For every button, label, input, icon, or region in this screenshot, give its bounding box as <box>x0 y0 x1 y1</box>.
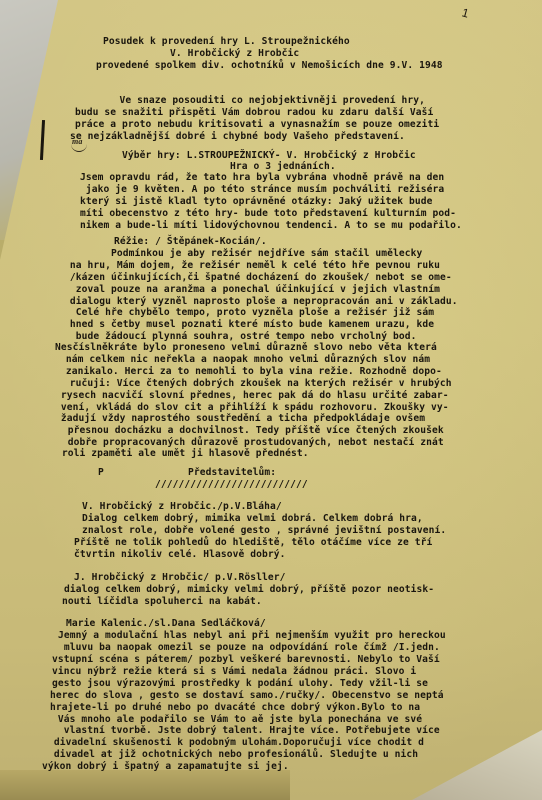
actor-review-line: Jemný a modulační hlas nebyl ani při nej… <box>58 630 446 642</box>
actor-review-line: gesto jsou výrazovými prostředky k podán… <box>52 678 428 690</box>
intro-line: Ve snaze posouditi co nejobjektivněji pr… <box>96 95 425 107</box>
actor-review-line: vincu nýbrž režie která si s Vámi nedala… <box>52 666 416 678</box>
play-choice-heading: Výběr hry: L.STROUPEŽNICKÝ- V. Hrobčický… <box>122 150 416 162</box>
direction-line: /kázen účinkujících,či špatné docházení … <box>64 272 452 284</box>
direction-line: ručuji: Více čtených dobrých zkoušek na … <box>58 378 452 390</box>
actor-review-line: dialog celkem dobrý, mimicky velmi dobrý… <box>64 584 434 596</box>
intro-line: se nejzákladnější dobré i chybné body Va… <box>70 131 405 143</box>
direction-line: Celé hře chybělo tempo, proto vyzněla pl… <box>64 307 434 319</box>
intro-line: práce a proto nebudu kritisovati a vynas… <box>75 119 439 131</box>
title-line-3: provedené spolkem div. ochotníků v Nemoš… <box>96 60 443 72</box>
direction-line: zoval pouze na aranžma a ponechal účinku… <box>64 284 440 296</box>
title-line-2: V. Hrobčický z Hrobčic <box>170 48 299 60</box>
play-choice-line: Jsem opravdu rád, že tato hra byla vybrá… <box>80 172 444 184</box>
actor-review-line: nouti líčidla spoluherci na kabát. <box>62 596 262 608</box>
direction-line: žadují vždy naprostého soustředění a tic… <box>55 413 425 425</box>
play-choice-line: který si jistě kladl tyto oprávněné otáz… <box>80 196 433 208</box>
actor-review-line: divadel at již ochotnických nebo profesi… <box>48 749 418 761</box>
direction-line: dobře propracovaných důrazově prostudova… <box>56 437 444 449</box>
actor-review-line: znalost role, dobře volené gesto , správ… <box>82 525 446 537</box>
direction-heading: Réžie: / Štěpánek-Kocián/. <box>114 236 267 248</box>
actor-review-line: Vás mnoho ale podařilo se Vám to aě jste… <box>52 714 422 726</box>
actor-review-line: vlastní tvorbě. Jste dobrý talent. Hrajt… <box>52 725 440 737</box>
actor-review-line: mluvu ba naopak omezil se pouze na odpov… <box>58 642 440 654</box>
direction-line: zanikalo. Herci za to nemohli to byla vi… <box>60 366 442 378</box>
actor-review-line: Příště ne tolik pohledů do hlediště, těl… <box>74 537 432 549</box>
actor-review-line: divadelní skušenosti k podobným ulohám.D… <box>48 737 424 749</box>
typewritten-text: Posudek k provedení hry L. Stroupežnické… <box>0 0 542 800</box>
play-choice-line: míti obecenstvo z této hry- bude toto př… <box>80 208 456 220</box>
actor-review-line: čtvrtin nikoliv celé. Hlasově dobrý. <box>74 549 286 561</box>
actor-name: Marie Kalenic./sl.Dana Sedláčková/ <box>66 618 266 630</box>
actors-heading-underline: ////////////////////////// <box>155 479 308 491</box>
play-choice-line: jako je 9 květen. A po této stránce musí… <box>80 184 444 196</box>
actor-name: J. Hrobčický z Hrobčic/ p.V.Rösller/ <box>74 572 286 584</box>
margin-check-mark <box>71 141 87 152</box>
direction-line: hned s četby musel poznati které místo b… <box>64 319 434 331</box>
direction-line: nám celkem nic neřekla a naopak mnoho ve… <box>60 354 430 366</box>
actor-review-line: Dialog celkem dobrý, mimika velmi dobrá.… <box>82 513 423 525</box>
actor-review-line: výkon dobrý i špatný a zapamatujte si je… <box>42 761 289 773</box>
direction-line: vení, vkládá do slov cit a přihlíží k sp… <box>55 402 449 414</box>
direction-line: rysech nacvičí slovní přednes, herec pak… <box>55 390 449 402</box>
actor-review-line: vstupní scéna s páterem/ pozbyl veškeré … <box>52 654 440 666</box>
play-choice-subheading: Hra o 3 jednáních. <box>230 161 336 173</box>
intro-line: budu se snažiti přispěti Vám dobrou rado… <box>75 107 433 119</box>
direction-line: na hru, Mám dojem, že režisér neměl k ce… <box>64 260 440 272</box>
title-line-1: Posudek k provedení hry L. Stroupežnické… <box>103 36 350 48</box>
margin-mark <box>40 120 45 160</box>
stray-letter: P <box>98 467 104 479</box>
direction-line: přesnou docházku a dochvilnost. Tedy pří… <box>56 425 444 437</box>
actor-review-line: herec do slova , gesto se dostaví samo./… <box>50 690 444 702</box>
play-choice-line: nikem a bude-li míti lidovýchovnou tende… <box>80 220 462 232</box>
direction-line: dialogu který vyzněl naprosto ploše a ne… <box>64 296 458 308</box>
direction-line: Nesčíslněkráte bylo proneseno velmi důra… <box>55 342 437 354</box>
actors-heading: Představitelům: <box>188 467 276 479</box>
actor-review-line: hrajete-li po druhé nebo po dvacáté chce… <box>50 702 420 714</box>
direction-line: roli zpaměti ale umět ji hlasově přednés… <box>56 448 309 460</box>
direction-line: Podmínkou je aby režisér nejdříve sám st… <box>64 248 422 260</box>
direction-line: bude žádoucí plynná souhra, ostré tempo … <box>64 331 417 343</box>
actor-name: V. Hrobčický z Hrobčic./p.V.Bláha/ <box>82 501 282 513</box>
